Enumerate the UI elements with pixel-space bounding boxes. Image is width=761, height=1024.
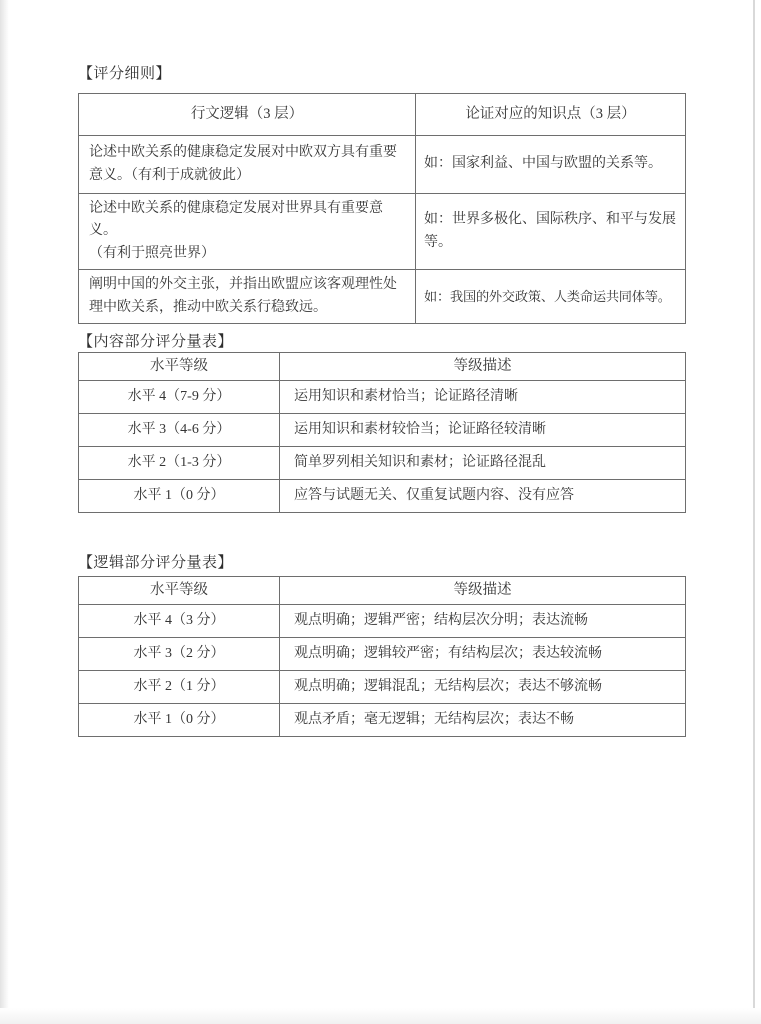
header-cell-description: 等级描述	[280, 576, 686, 604]
cell-level-4: 水平 4（7-9 分）	[79, 380, 280, 413]
cell-desc-1: 应答与试题无关、仅重复试题内容、没有应答	[280, 479, 686, 512]
header-cell-writing-logic: 行文逻辑（3 层）	[79, 94, 416, 136]
cell-level-2: 水平 2（1 分）	[79, 670, 280, 703]
cell-desc-2: 简单罗列相关知识和素材；论证路径混乱	[280, 446, 686, 479]
table-header-row: 行文逻辑（3 层） 论证对应的知识点（3 层）	[79, 94, 686, 136]
section-title-logic-rubric: 【逻辑部分评分量表】	[78, 553, 685, 573]
table-row: 水平 1（0 分） 观点矛盾；毫无逻辑；无结构层次；表达不畅	[79, 703, 686, 736]
scan-edge-bottom	[0, 1008, 761, 1024]
header-cell-knowledge-points: 论证对应的知识点（3 层）	[416, 94, 686, 136]
table-row: 水平 2（1 分） 观点明确；逻辑混乱；无结构层次；表达不够流畅	[79, 670, 686, 703]
scoring-rules-table: 行文逻辑（3 层） 论证对应的知识点（3 层） 论述中欧关系的健康稳定发展对中欧…	[78, 93, 686, 324]
cell-desc-3: 观点明确；逻辑较严密；有结构层次；表达较流畅	[280, 637, 686, 670]
cell-logic-1: 论述中欧关系的健康稳定发展对中欧双方具有重要意义。（有利于成就彼此）	[79, 136, 416, 194]
cell-knowledge-3: 如：我国的外交政策、人类命运共同体等。	[416, 270, 686, 324]
section-title-content-rubric: 【内容部分评分量表】	[78, 332, 685, 352]
cell-level-1: 水平 1（0 分）	[79, 479, 280, 512]
header-cell-description: 等级描述	[280, 352, 686, 380]
table-row: 论述中欧关系的健康稳定发展对中欧双方具有重要意义。（有利于成就彼此） 如：国家利…	[79, 136, 686, 194]
table-row: 水平 1（0 分） 应答与试题无关、仅重复试题内容、没有应答	[79, 479, 686, 512]
table-header-row: 水平等级 等级描述	[79, 576, 686, 604]
scanned-document-page: 【评分细则】 行文逻辑（3 层） 论证对应的知识点（3 层） 论述中欧关系的健康…	[0, 0, 761, 1024]
cell-logic-2: 论述中欧关系的健康稳定发展对世界具有重要意义。 （有利于照亮世界）	[79, 194, 416, 270]
cell-desc-4: 观点明确；逻辑严密；结构层次分明；表达流畅	[280, 604, 686, 637]
cell-logic-3: 阐明中国的外交主张，并指出欧盟应该客观理性处理中欧关系，推动中欧关系行稳致远。	[79, 270, 416, 324]
table-row: 论述中欧关系的健康稳定发展对世界具有重要意义。 （有利于照亮世界） 如：世界多极…	[79, 194, 686, 270]
cell-level-3: 水平 3（2 分）	[79, 637, 280, 670]
document-content: 【评分细则】 行文逻辑（3 层） 论证对应的知识点（3 层） 论述中欧关系的健康…	[78, 64, 685, 737]
table-row: 水平 3（2 分） 观点明确；逻辑较严密；有结构层次；表达较流畅	[79, 637, 686, 670]
section-title-scoring-rules: 【评分细则】	[78, 64, 685, 84]
table-row: 阐明中国的外交主张，并指出欧盟应该客观理性处理中欧关系，推动中欧关系行稳致远。 …	[79, 270, 686, 324]
table-row: 水平 4（7-9 分） 运用知识和素材恰当；论证路径清晰	[79, 380, 686, 413]
cell-level-1: 水平 1（0 分）	[79, 703, 280, 736]
cell-desc-1: 观点矛盾；毫无逻辑；无结构层次；表达不畅	[280, 703, 686, 736]
scan-edge-right	[753, 0, 755, 1024]
table-row: 水平 2（1-3 分） 简单罗列相关知识和素材；论证路径混乱	[79, 446, 686, 479]
content-rubric-table: 水平等级 等级描述 水平 4（7-9 分） 运用知识和素材恰当；论证路径清晰 水…	[78, 352, 686, 513]
logic-rubric-table: 水平等级 等级描述 水平 4（3 分） 观点明确；逻辑严密；结构层次分明；表达流…	[78, 576, 686, 737]
cell-desc-4: 运用知识和素材恰当；论证路径清晰	[280, 380, 686, 413]
cell-desc-3: 运用知识和素材较恰当；论证路径较清晰	[280, 413, 686, 446]
table-header-row: 水平等级 等级描述	[79, 352, 686, 380]
cell-desc-2: 观点明确；逻辑混乱；无结构层次；表达不够流畅	[280, 670, 686, 703]
cell-level-2: 水平 2（1-3 分）	[79, 446, 280, 479]
cell-level-3: 水平 3（4-6 分）	[79, 413, 280, 446]
cell-knowledge-2: 如：世界多极化、国际秩序、和平与发展等。	[416, 194, 686, 270]
scan-edge-left	[0, 0, 9, 1024]
cell-knowledge-1: 如：国家利益、中国与欧盟的关系等。	[416, 136, 686, 194]
header-cell-level: 水平等级	[79, 352, 280, 380]
table-row: 水平 3（4-6 分） 运用知识和素材较恰当；论证路径较清晰	[79, 413, 686, 446]
cell-level-4: 水平 4（3 分）	[79, 604, 280, 637]
table-row: 水平 4（3 分） 观点明确；逻辑严密；结构层次分明；表达流畅	[79, 604, 686, 637]
header-cell-level: 水平等级	[79, 576, 280, 604]
